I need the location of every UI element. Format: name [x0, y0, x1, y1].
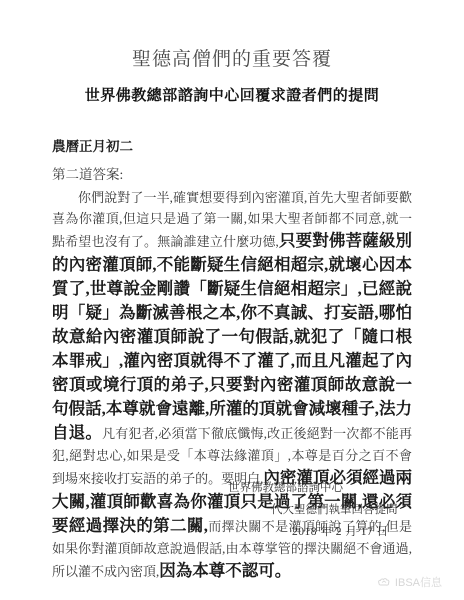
- answer-label: 第二道答案:: [52, 163, 412, 183]
- paragraph-segment: 因為本尊不認可。: [159, 561, 291, 580]
- watermark: IBSA信息: [377, 574, 442, 590]
- watermark-label: IBSA信息: [395, 574, 442, 590]
- ibsa-logo-icon: [377, 576, 392, 588]
- signature-organization: 世界佛教總部諮詢中心: [228, 477, 464, 499]
- page-subtitle: 世界佛教總部諮詢中心回覆求證者們的提問: [0, 84, 464, 105]
- signature-block: 世界佛教總部諮詢中心 代大聖德們執筆回答提問 2018 年 2 月 17 日: [0, 477, 464, 543]
- document-page: 聖德高僧們的重要答覆 世界佛教總部諮詢中心回覆求證者們的提問 農曆正月初二 第二…: [0, 0, 464, 600]
- paragraph-segment: 只要對佛菩薩級別的內密灌頂師,不能斷疑生信絕相超宗,就壞心因本質了,世尊說金剛讚…: [52, 231, 412, 442]
- lunar-date-heading: 農曆正月初二: [52, 135, 412, 155]
- signature-writer: 代大聖德們執筆回答提問: [271, 499, 464, 521]
- signature-date: 2018 年 2 月 17 日: [292, 521, 464, 543]
- page-title: 聖德高僧們的重要答覆: [0, 44, 464, 71]
